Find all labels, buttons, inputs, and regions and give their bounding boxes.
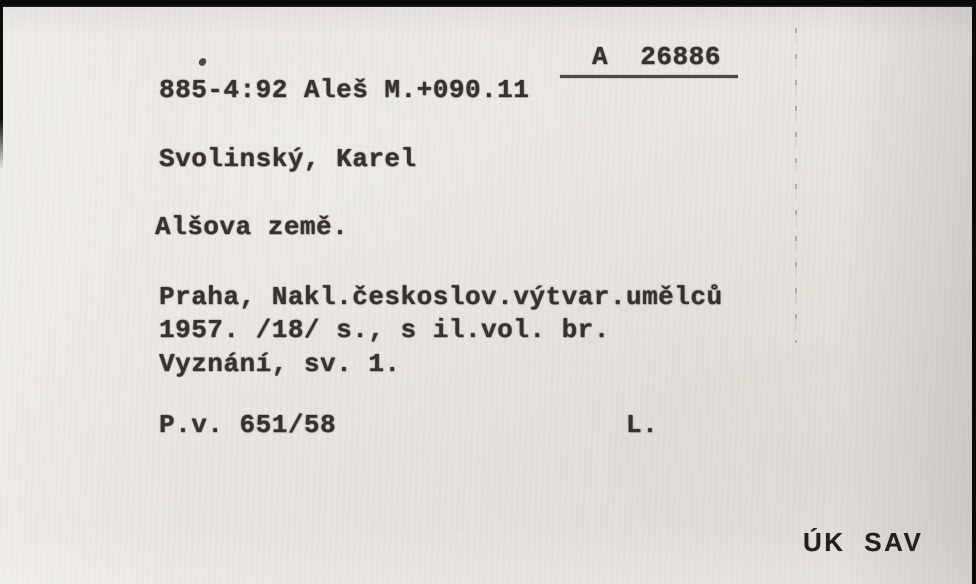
record-number: P.v. 651/58	[159, 412, 336, 439]
imprint-line-2: 1957. /18/ s., s il.vol. br.	[159, 317, 610, 344]
title: Alšova země.	[155, 214, 348, 241]
scan-edge-right	[972, 0, 976, 584]
imprint-line-1: Praha, Nakl.českoslov.výtvar.umělců	[159, 284, 723, 311]
scan-edge-left	[0, 0, 3, 170]
ink-speck	[198, 57, 207, 67]
card-crease-line	[795, 28, 797, 343]
letter-mark: L.	[626, 412, 658, 439]
call-number: 885-4:92 Aleš M.+090.11	[159, 77, 529, 104]
accession-number: A 26886	[592, 44, 721, 71]
scan-edge-top	[0, 0, 976, 7]
catalog-card-scan: A 26886 885-4:92 Aleš M.+090.11 Svolinsk…	[0, 0, 976, 584]
library-stamp: ÚK SAV	[803, 527, 923, 558]
author-heading: Svolinský, Karel	[159, 146, 417, 173]
series-note: Vyznání, sv. 1.	[159, 351, 401, 378]
accession-underline	[560, 75, 738, 78]
